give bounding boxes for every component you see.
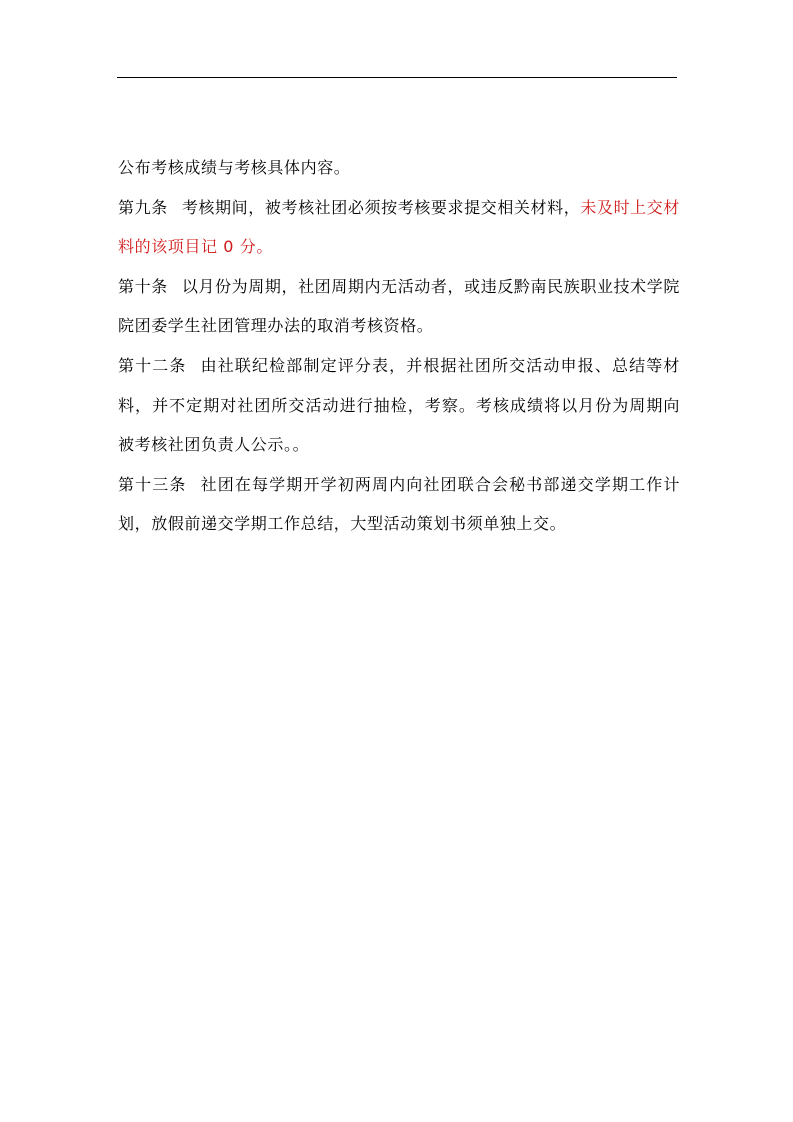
paragraph-continuation: 公布考核成绩与考核具体内容。 — [118, 148, 680, 188]
paragraph-text: 公布考核成绩与考核具体内容。 — [118, 158, 350, 177]
paragraph-text: 考核期间，被考核社团必须按考核要求提交相关材料， — [182, 198, 581, 217]
article-10: 第十条以月份为周期，社团周期内无活动者，或违反黔南民族职业技术学院院团委学生社团… — [118, 267, 680, 346]
article-number: 第十二条 — [118, 356, 187, 375]
page-header-rule — [117, 77, 677, 78]
document-body: 公布考核成绩与考核具体内容。 第九条考核期间，被考核社团必须按考核要求提交相关材… — [118, 148, 680, 544]
article-number: 第十三条 — [118, 475, 187, 494]
article-number: 第十条 — [118, 277, 168, 296]
article-13: 第十三条社团在每学期开学初两周内向社团联合会秘书部递交学期工作计划，放假前递交学… — [118, 465, 680, 544]
article-number: 第九条 — [118, 198, 168, 217]
paragraph-text: 以月份为周期，社团周期内无活动者，或违反黔南民族职业技术学院院团委学生社团管理办… — [118, 277, 680, 336]
paragraph-text: 社团在每学期开学初两周内向社团联合会秘书部递交学期工作计划，放假前递交学期工作总… — [118, 475, 680, 534]
paragraph-text: 由社联纪检部制定评分表，并根据社团所交活动申报、总结等材料，并不定期对社团所交活… — [118, 356, 680, 454]
article-9: 第九条考核期间，被考核社团必须按考核要求提交相关材料，未及时上交材料的该项目记 … — [118, 188, 680, 267]
article-12: 第十二条由社联纪检部制定评分表，并根据社团所交活动申报、总结等材料，并不定期对社… — [118, 346, 680, 465]
